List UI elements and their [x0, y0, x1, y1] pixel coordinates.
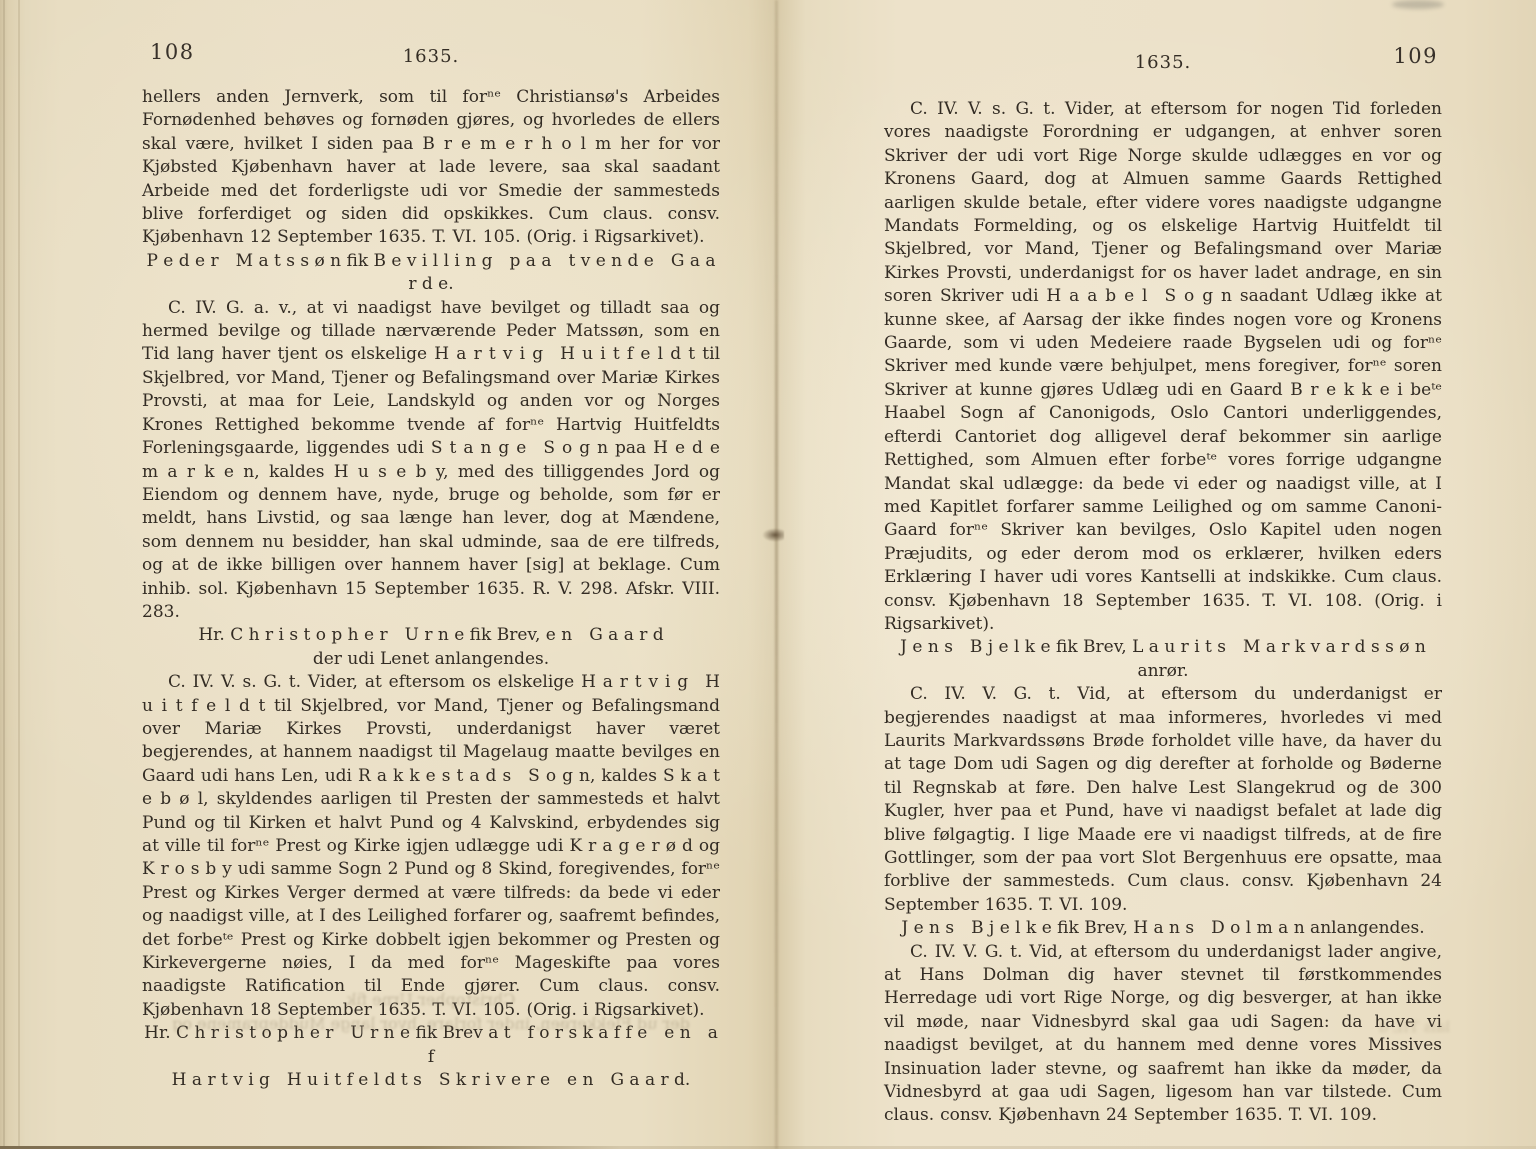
paragraph: C. IV. V. s. G. t. Vider, at eftersom os… — [142, 671, 720, 1022]
entry-heading: P e d e r M a t s s ø n fik B e v i l l … — [142, 250, 720, 297]
show-through-line: Christopher Urne fik — [142, 988, 720, 1012]
page-body: C. IV. V. s. G. t. Vider, at eftersom fo… — [884, 98, 1442, 1128]
gutter-crease — [775, 0, 778, 1149]
paragraph: C. IV. G. a. v., at vi naadigst have bev… — [142, 297, 720, 625]
page-edge-line — [18, 0, 20, 1149]
page-left: 108 1635. hellers anden Jernverk, som ti… — [142, 0, 720, 1092]
page-number: 109 — [1393, 44, 1438, 68]
entry-heading-line: der udi Lenet anlangendes. — [142, 648, 720, 671]
running-head-year: 1635. — [884, 52, 1442, 73]
binding-stitch — [762, 528, 784, 542]
show-through-text: lais TIL d — [1300, 1018, 1450, 1036]
entry-heading-line: J e n s B j e l k e fik Brev, L a u r i … — [884, 636, 1442, 683]
page-header: 1635. 109 — [884, 0, 1442, 98]
entry-heading: J e n s B j e l k e fik Brev, H a n s D … — [884, 917, 1442, 940]
paragraph: C. IV. V. s. G. t. Vider, at eftersom fo… — [884, 98, 1442, 636]
entry-heading-line: J e n s B j e l k e fik Brev, H a n s D … — [884, 917, 1442, 940]
entry-heading-line: P e d e r M a t s s ø n fik B e v i l l … — [142, 250, 720, 297]
paragraph: C. IV. V. G. t. Vid, at eftersom du unde… — [884, 683, 1442, 917]
page-edge-line — [3, 0, 5, 1149]
show-through-text: Christopher Urne fikder ud Flekkerøen, i… — [142, 988, 720, 1036]
entry-heading: J e n s B j e l k e fik Brev, L a u r i … — [884, 636, 1442, 683]
running-head-year: 1635. — [142, 46, 720, 67]
book-scan: 108 1635. hellers anden Jernverk, som ti… — [0, 0, 1536, 1149]
page-header: 108 1635. — [142, 0, 720, 86]
entry-heading-line: H a r t v i g H u i t f e l d t s S k r … — [142, 1069, 720, 1092]
paragraph: hellers anden Jernverk, som til forⁿᵉ Ch… — [142, 86, 720, 250]
page-body: hellers anden Jernverk, som til forⁿᵉ Ch… — [142, 86, 720, 1092]
page-right: 1635. 109 C. IV. V. s. G. t. Vider, at e… — [884, 0, 1442, 1128]
entry-heading-line: Hr. C h r i s t o p h e r U r n e fik Br… — [142, 624, 720, 647]
entry-heading: Hr. C h r i s t o p h e r U r n e fik Br… — [142, 624, 720, 671]
show-through-line: der ud Flekkerøen, inder forlare, hvor l… — [142, 1012, 720, 1036]
